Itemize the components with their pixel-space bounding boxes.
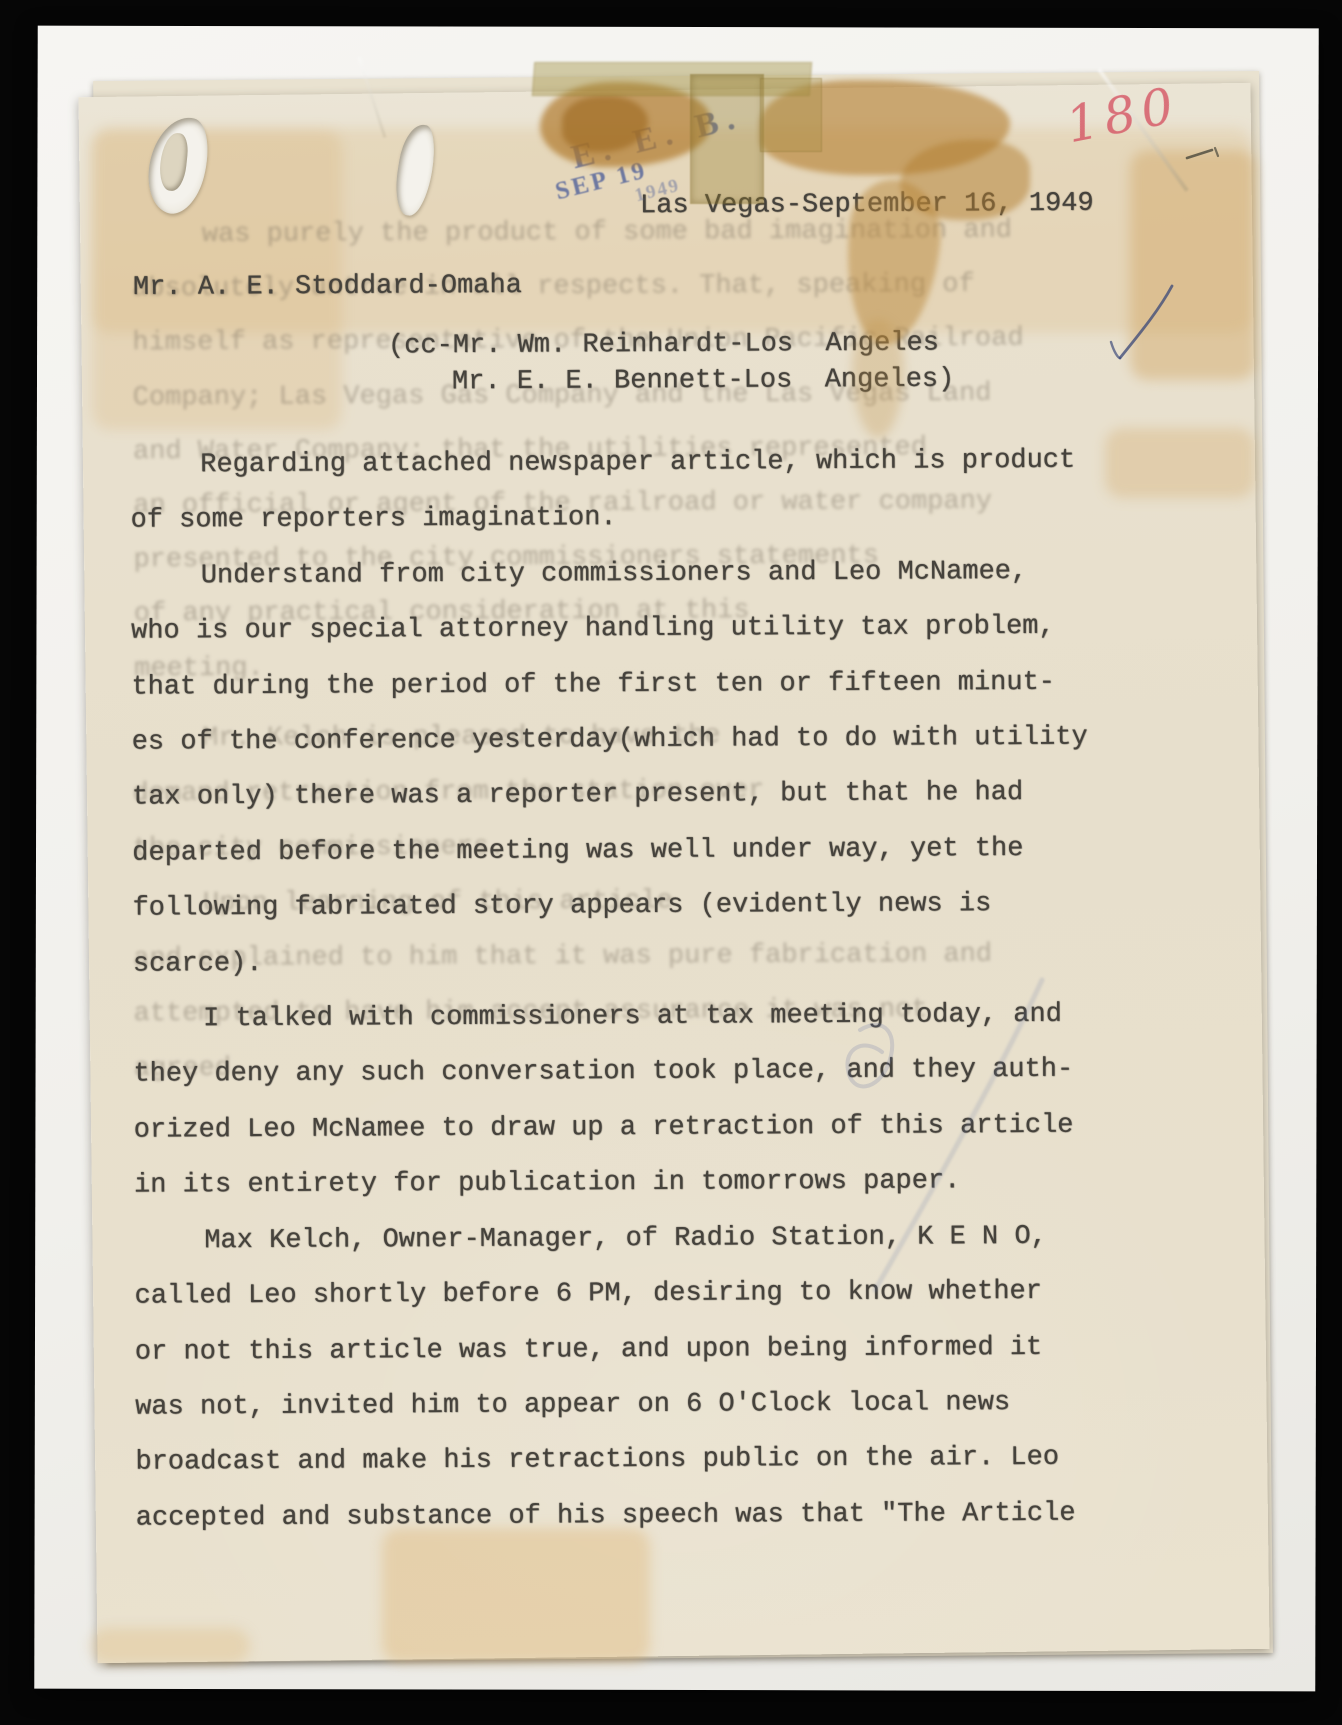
typewritten-line: Understand from city commissioners and L… bbox=[131, 544, 1151, 605]
typewritten-line: broadcast and make his retractions publi… bbox=[135, 1431, 1155, 1492]
typewritten-line: who is our special attorney handling uti… bbox=[131, 600, 1151, 661]
tape-piece-vertical bbox=[690, 74, 764, 204]
tape-piece-square bbox=[760, 78, 822, 152]
typewritten-line: departed before the meeting was well und… bbox=[132, 821, 1152, 882]
tan-stain-bottom bbox=[382, 1528, 650, 1663]
tan-stain-bottom-left bbox=[90, 1628, 250, 1664]
scanned-letter-photo: was purely the product of some bad imagi… bbox=[0, 0, 1342, 1725]
typewritten-line: that during the period of the first ten … bbox=[131, 655, 1151, 716]
typewritten-line: or not this article was true, and upon b… bbox=[135, 1320, 1155, 1381]
typewritten-line: accepted and substance of his speech was… bbox=[136, 1486, 1156, 1547]
recipient-line: Mr. A. E. Stoddard-Omaha bbox=[133, 271, 522, 303]
pencil-dash bbox=[1184, 142, 1224, 168]
typewritten-line: tax only) there was a reporter present, … bbox=[132, 766, 1152, 827]
typewritten-line: Regarding attached newspaper article, wh… bbox=[130, 433, 1150, 494]
typewritten-line: of some reporters imagination. bbox=[130, 489, 1150, 550]
typewritten-line: was not, invited him to appear on 6 O'Cl… bbox=[135, 1375, 1155, 1436]
pen-checkmark bbox=[1106, 280, 1180, 370]
typewritten-line: es of the conference yesterday(which had… bbox=[132, 710, 1152, 771]
pencil-scribble bbox=[830, 960, 1060, 1310]
typewritten-line: following fabricated story appears (evid… bbox=[132, 877, 1152, 938]
tear-flap bbox=[158, 132, 190, 192]
